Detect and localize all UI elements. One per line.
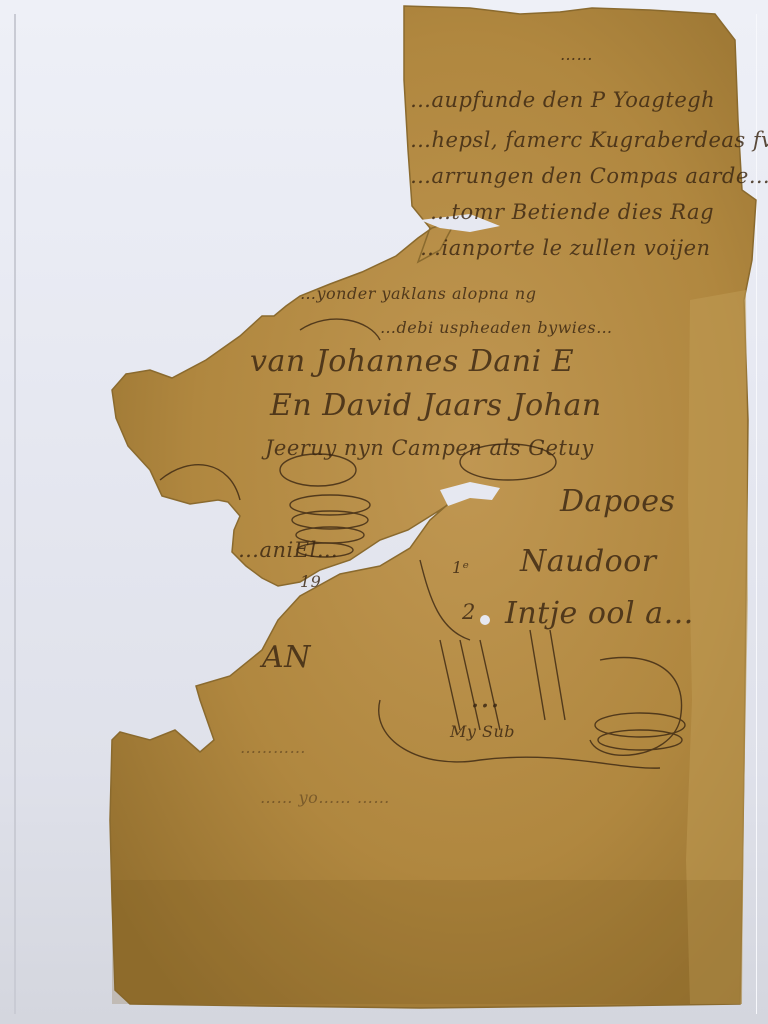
name-dapoes: Dapoes: [560, 484, 675, 519]
left-fragment-text: …aniEl…: [238, 538, 338, 562]
under-signature-text: My Sub: [450, 722, 515, 741]
left-initials-signature: AN: [262, 640, 311, 675]
witness-line: Jeeruy nyn Campen als Getuy: [265, 436, 594, 460]
faint-line: …… yo…… ……: [260, 788, 390, 807]
text-line: …hepsl, famerc Kugraberdeas fvan: [410, 128, 768, 152]
faint-line: …………: [240, 738, 306, 757]
text-line: …aupfunde den P Yoagtegh: [410, 88, 715, 112]
text-line: …arrungen den Compas aarde…: [410, 164, 768, 188]
text-line: …debi uspheaden bywies…: [380, 318, 613, 337]
heading-mark: ……: [560, 45, 593, 64]
date-mark: 19: [300, 572, 321, 591]
name-intje: Intje ool a…: [505, 596, 694, 631]
numeral-2: 2: [462, 600, 476, 624]
name-line-david: En David Jaars Johan: [270, 388, 602, 423]
numeral-1: 1ᵉ: [452, 558, 469, 577]
name-naudoor: Naudoor: [520, 544, 657, 579]
text-line: …yonder yaklans alopna ng: [300, 284, 536, 303]
main-signature: …: [470, 680, 501, 715]
name-line-johannes: van Johannes Dani E: [250, 344, 574, 379]
text-line: …tomr Betiende dies Rag: [430, 200, 714, 224]
text-line: …ianporte le zullen voijen: [420, 236, 711, 260]
